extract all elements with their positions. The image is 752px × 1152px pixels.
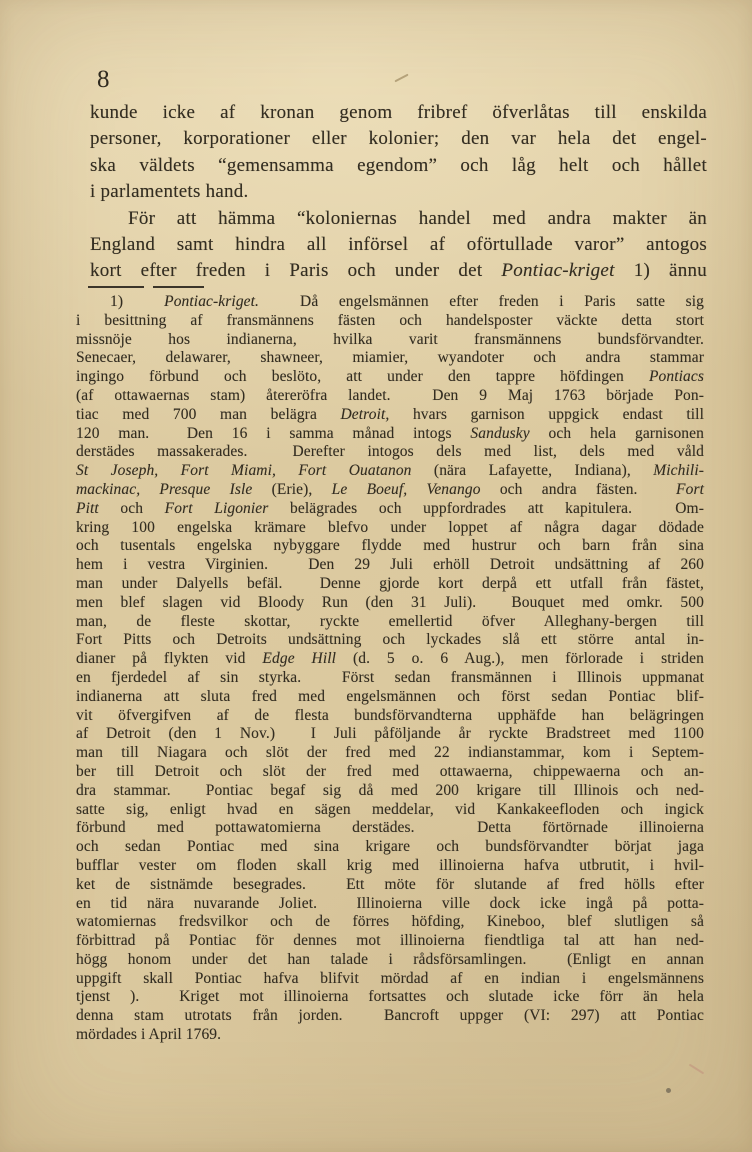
text-line: derstädes massakerades. Derefter intogos… (76, 443, 704, 462)
text-line: hem i vestra Virginien. Den 29 Juli erhö… (76, 556, 704, 575)
text-line: ber till Detroit och slöt der fred med o… (76, 763, 704, 782)
text-line: i besittning af fransmännens fästen och … (76, 312, 704, 331)
text-line: missnöje hos indianerna, hvilka varit fr… (76, 331, 704, 350)
text-line: indianerna att sluta fred med engelsmänn… (76, 688, 704, 707)
body-text-block: kunde icke af kronan genom fribref öfver… (90, 100, 707, 285)
text-line: tjenst ). Kriget mot illinoierna fortsat… (76, 988, 704, 1007)
text-line: dianer på flykten vid Edge Hill (d. 5 o.… (76, 650, 704, 669)
text-line: Fort Pitts och Detroits undsättning och … (76, 631, 704, 650)
text-line: och tusentals engelska nybyggare flydde … (76, 537, 704, 556)
divider-stroke (153, 286, 204, 288)
text-line: kunde icke af kronan genom fribref öfver… (90, 100, 707, 126)
paper-speck (394, 74, 408, 83)
text-line: och sedan Pontiac med sina krigare och b… (76, 838, 704, 857)
divider-stroke (88, 286, 144, 288)
text-line: uppgift skall Pontiac hafva blifvit mörd… (76, 970, 704, 989)
text-line: För att hämma “koloniernas handel med an… (90, 206, 707, 232)
body-paragraph: kunde icke af kronan genom fribref öfver… (90, 100, 707, 206)
footnote-block: 1) Pontiac-kriget. Då engelsmännen efter… (76, 283, 704, 1045)
text-line: ingingo förbund och beslöto, att under d… (76, 368, 704, 387)
text-line: kring 100 engelska krämare blefvo under … (76, 519, 704, 538)
paper-speck (689, 1064, 704, 1075)
text-line: förbund med pottawatomierna derstädes. D… (76, 819, 704, 838)
text-line: mackinac, Presque Isle (Erie), Le Boeuf,… (76, 481, 704, 500)
text-line: satte sig, enligt hvad en sägen meddelar… (76, 801, 704, 820)
text-line: men blef slagen vid Bloody Run (den 31 J… (76, 594, 704, 613)
text-line: förbittrad på Pontiac för dennes mot ill… (76, 932, 704, 951)
text-line: kort efter freden i Paris och under det … (90, 258, 707, 284)
text-line: Pitt och Fort Ligonier belägrades och up… (76, 500, 704, 519)
text-line: denna stam utrotats från jorden. Bancrof… (76, 1007, 704, 1026)
text-line: ska väldets “gemensamma egendom” och låg… (90, 153, 707, 179)
text-line: Senecaer, delawarer, shawneer, miamier, … (76, 349, 704, 368)
text-line: man, de fleste skottar, ryckte emellerti… (76, 613, 704, 632)
footnote-text: 1) Pontiac-kriget. Då engelsmännen efter… (76, 293, 704, 1045)
text-line: (af ottawaernas stam) återeröfra landet.… (76, 387, 704, 406)
text-line: 1) Pontiac-kriget. Då engelsmännen efter… (76, 293, 704, 312)
text-line: vit öfvergifven af de flesta bundsförvan… (76, 707, 704, 726)
text-line: dra stammar. Pontiac begaf sig då med 20… (76, 782, 704, 801)
text-line: man under Dalyells befäl. Denne gjorde k… (76, 575, 704, 594)
text-line: England samt hindra all införsel af oför… (90, 232, 707, 258)
text-line: mördades i April 1769. (76, 1026, 704, 1045)
text-line: man till Niagara och slöt der fred med 2… (76, 744, 704, 763)
body-paragraph: För att hämma “koloniernas handel med an… (90, 206, 707, 285)
text-line: bufflar vester om floden skall krig med … (76, 857, 704, 876)
text-line: tiac med 700 man belägra Detroit, hvars … (76, 406, 704, 425)
text-line: en fjerdedel af sin styrka. Först sedan … (76, 669, 704, 688)
text-line: personer, korporationer eller kolonier; … (90, 126, 707, 152)
text-line: St Joseph, Fort Miami, Fort Ouatanon (nä… (76, 462, 704, 481)
text-line: i parlamentets hand. (90, 179, 707, 205)
text-line: ket de sistnämde besegrades. Ett möte fö… (76, 876, 704, 895)
text-line: en tid nära nuvarande Joliet. Illinoiern… (76, 895, 704, 914)
text-line: högg honom under det han talade i rådsfö… (76, 951, 704, 970)
text-line: af Detroit (den 1 Nov.) I Juli påföljand… (76, 725, 704, 744)
paper-speck (666, 1088, 671, 1093)
page-number: 8 (97, 66, 110, 94)
text-line: 120 man. Den 16 i samma månad intogs San… (76, 425, 704, 444)
text-line: watomiernas fredsvilkor och de förres hö… (76, 913, 704, 932)
footnote-divider (88, 283, 704, 293)
scanned-page: 8 kunde icke af kronan genom fribref öfv… (0, 0, 752, 1152)
